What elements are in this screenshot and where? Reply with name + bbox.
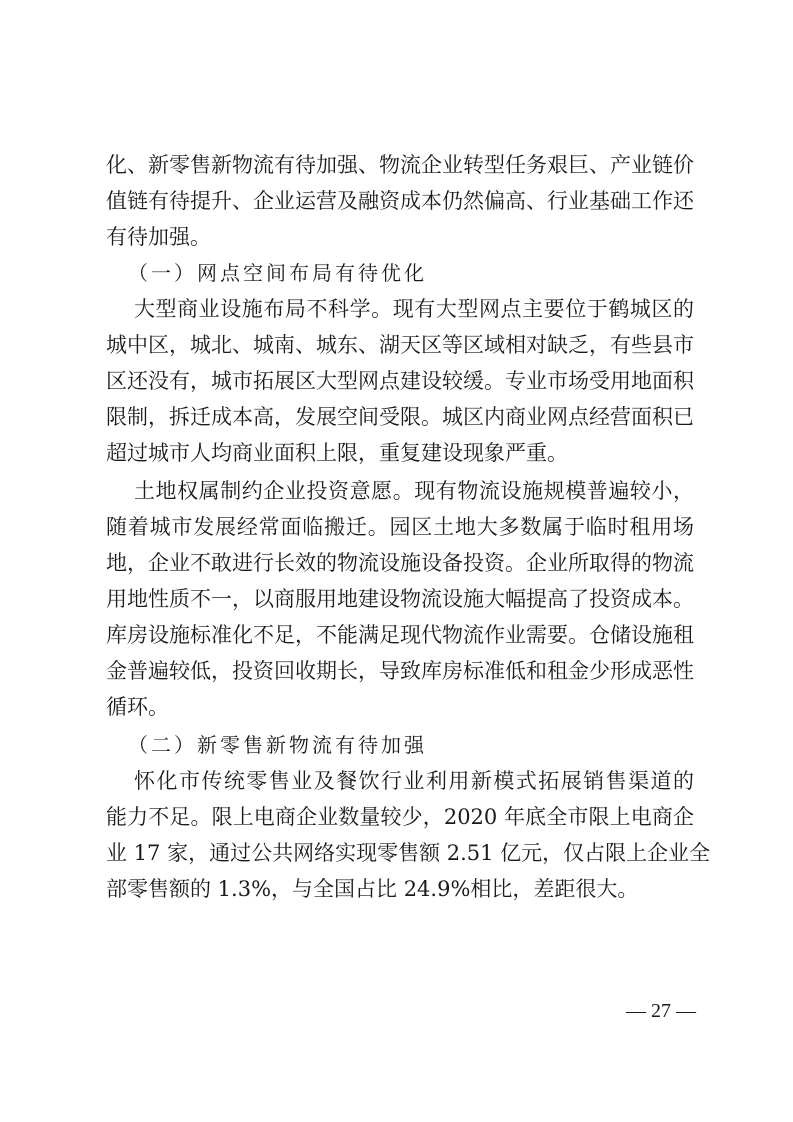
paragraph-line: 化、新零售新物流有待加强、物流企业转型任务艰巨、产业链价	[106, 150, 694, 180]
document-page: 化、新零售新物流有待加强、物流企业转型任务艰巨、产业链价 值链有待提升、企业运营…	[0, 0, 793, 1122]
section-heading: （一）网点空间布局有待优化	[128, 258, 427, 288]
paragraph-line: 大型商业设施布局不科学。现有大型网点主要位于鹤城区的	[134, 294, 694, 324]
paragraph-line: 循环。	[106, 692, 694, 722]
paragraph-line: 业 17 家，通过公共网络实现零售额 2.51 亿元，仅占限上企业全	[106, 838, 694, 868]
paragraph-line: 超过城市人均商业面积上限，重复建设现象严重。	[106, 438, 694, 468]
paragraph-line: 土地权属制约企业投资意愿。现有物流设施规模普遍较小，	[134, 476, 694, 506]
paragraph-line: 限制，拆迁成本高，发展空间受限。城区内商业网点经营面积已	[106, 402, 694, 432]
paragraph-line: 区还没有，城市拓展区大型网点建设较缓。专业市场受用地面积	[106, 366, 694, 396]
paragraph-line: 有待加强。	[106, 222, 694, 252]
section-heading: （二）新零售新物流有待加强	[128, 730, 427, 760]
paragraph-line: 金普遍较低，投资回收期长，导致库房标准低和租金少形成恶性	[106, 656, 694, 686]
paragraph-line: 地，企业不敢进行长效的物流设施设备投资。企业所取得的物流	[106, 548, 694, 578]
paragraph-line: 用地性质不一，以商服用地建设物流设施大幅提高了投资成本。	[106, 584, 694, 614]
paragraph-line: 能力不足。限上电商企业数量较少，2020 年底全市限上电商企	[106, 802, 694, 832]
paragraph-line: 随着城市发展经常面临搬迁。园区土地大多数属于临时租用场	[106, 512, 694, 542]
paragraph-line: 怀化市传统零售业及餐饮行业利用新模式拓展销售渠道的	[134, 766, 694, 796]
paragraph-line: 城中区，城北、城南、城东、湖天区等区域相对缺乏，有些县市	[106, 330, 694, 360]
paragraph-line: 部零售额的 1.3%，与全国占比 24.9%相比，差距很大。	[106, 874, 694, 904]
page-number: — 27 —	[620, 1000, 696, 1023]
paragraph-line: 值链有待提升、企业运营及融资成本仍然偏高、行业基础工作还	[106, 186, 694, 216]
paragraph-line: 库房设施标准化不足，不能满足现代物流作业需要。仓储设施租	[106, 620, 694, 650]
